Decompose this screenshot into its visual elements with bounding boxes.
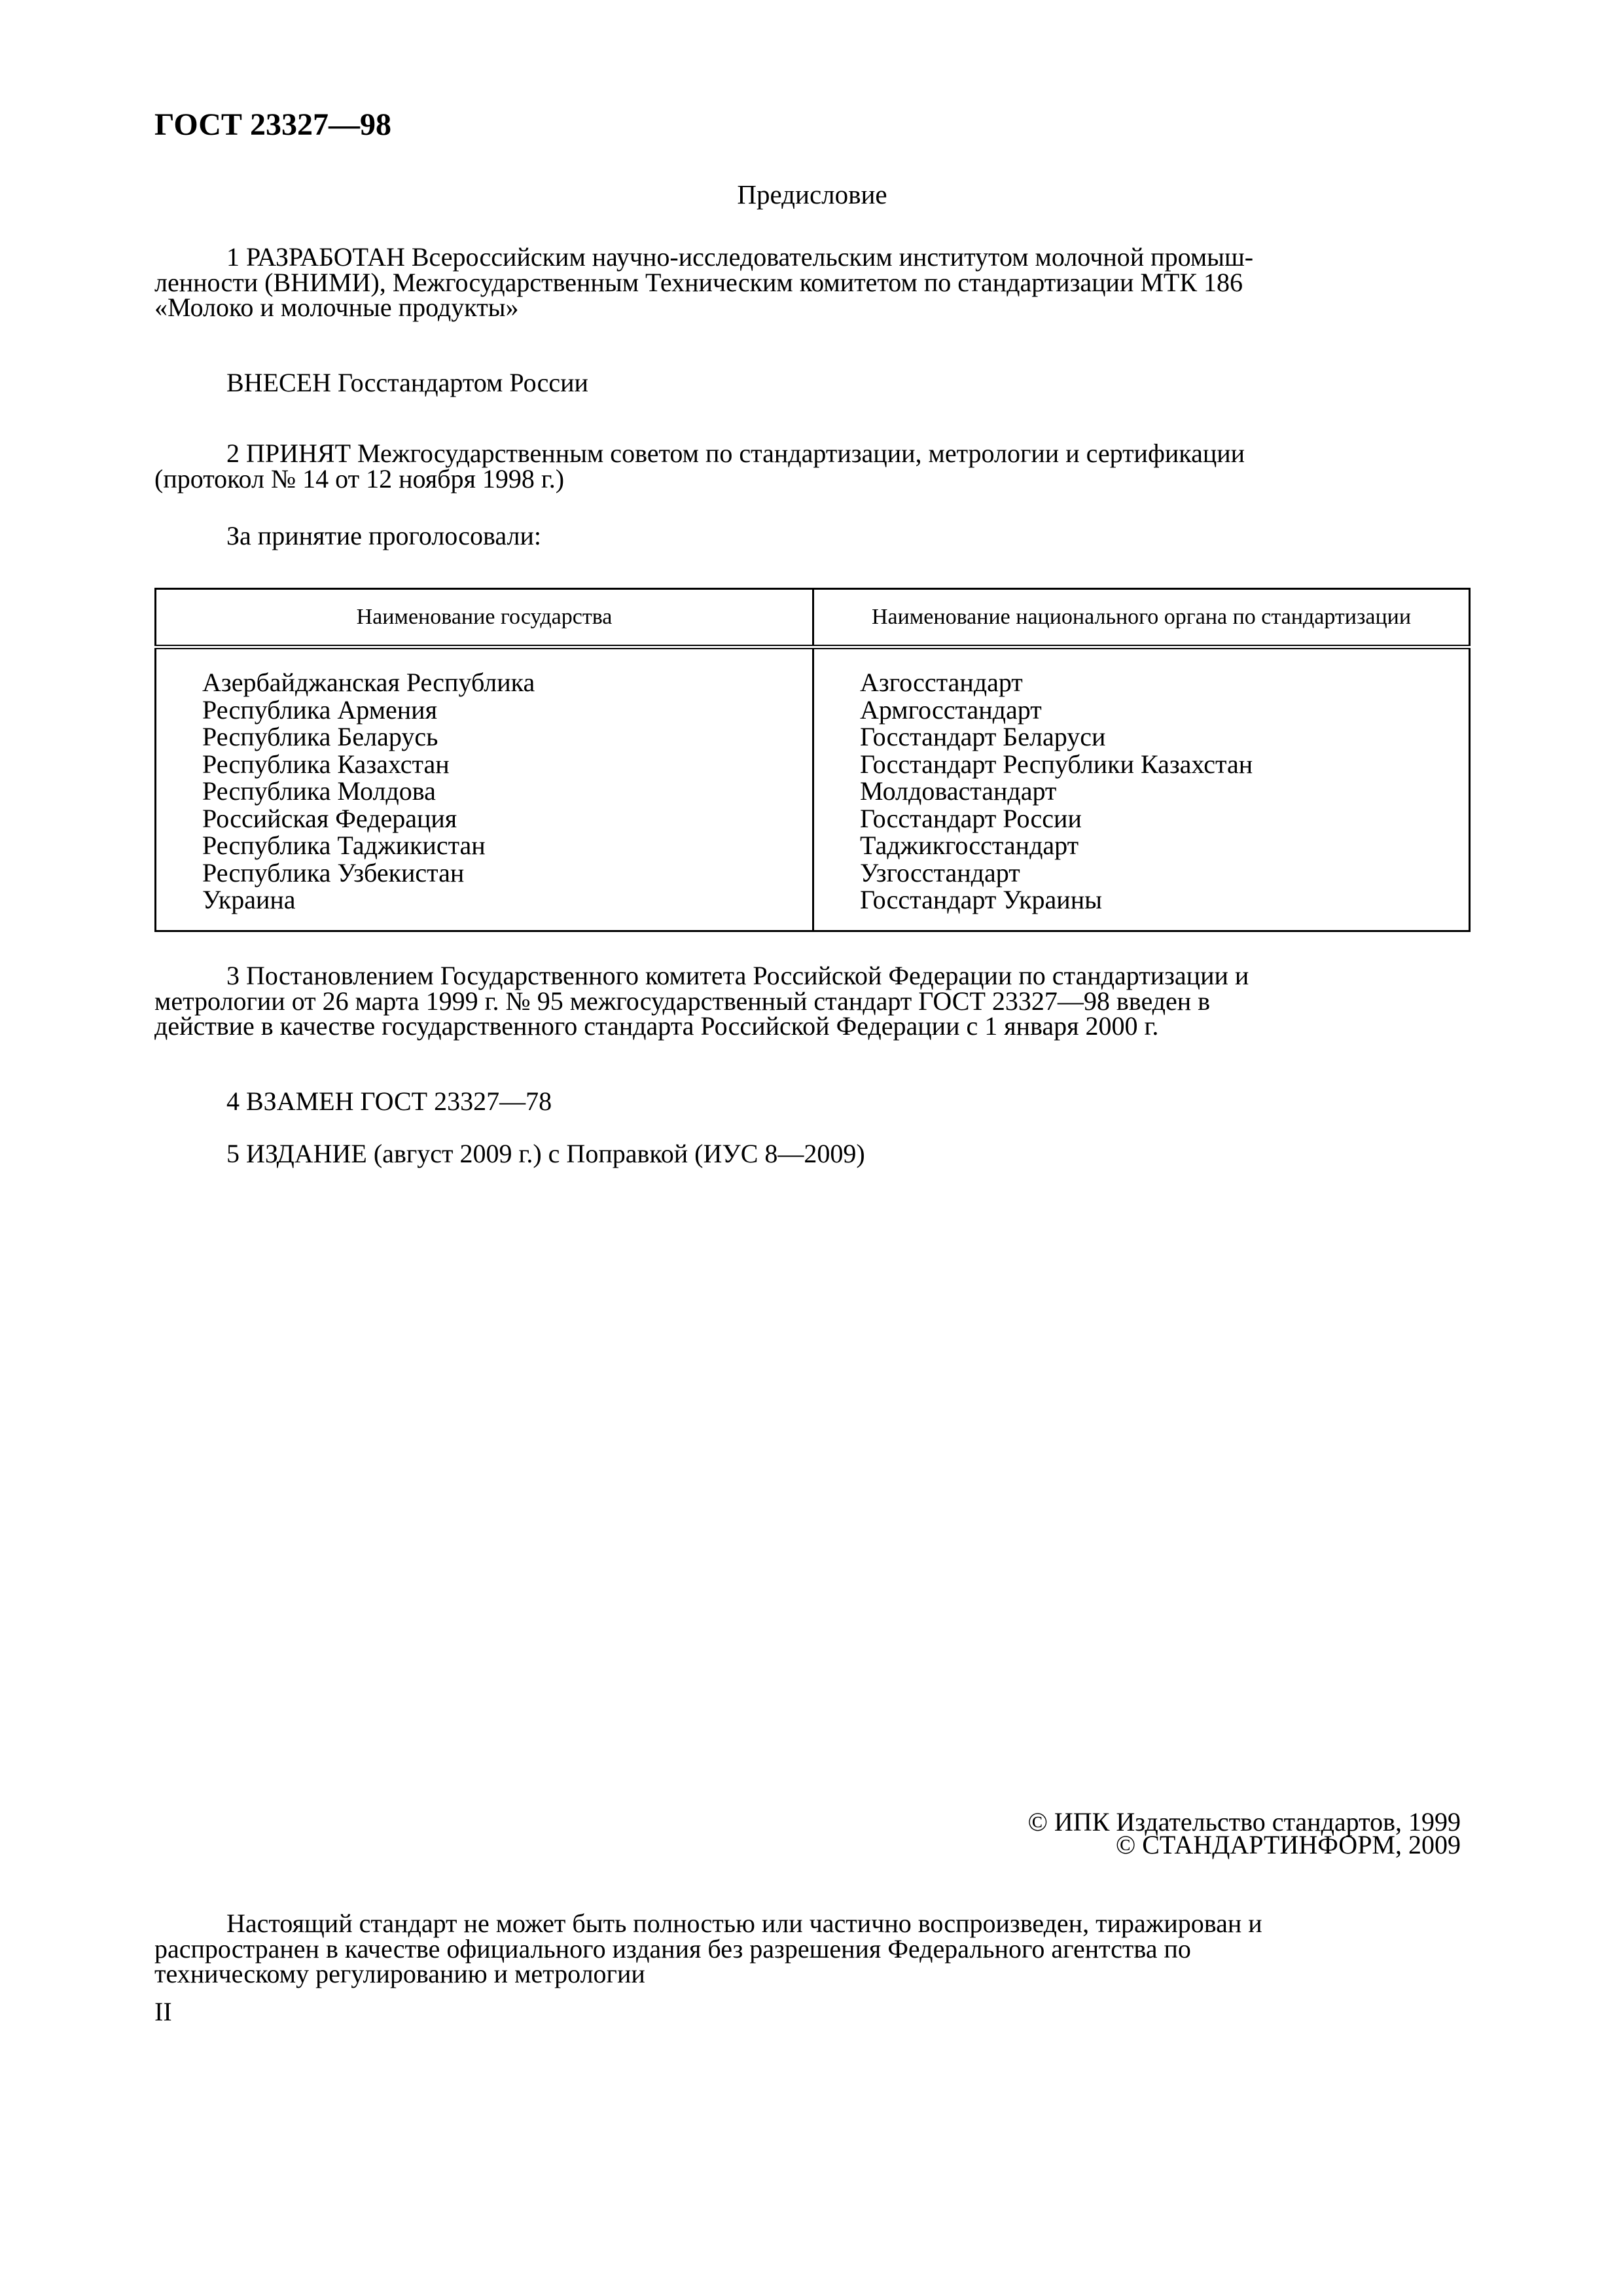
- section-title: Предисловие: [154, 178, 1470, 211]
- paragraph-introduced-by: ВНЕСЕН Госстандартом России: [154, 370, 1470, 396]
- standards-body-name: Азгосстандарт: [860, 669, 1469, 696]
- standards-body-name: Госстандарт России: [860, 805, 1469, 833]
- standards-body-name: Госстандарт Беларуси: [860, 723, 1469, 751]
- reproduction-notice: Настоящий стандарт не может быть полност…: [154, 1911, 1470, 1987]
- paragraph-enacted: 3 Постановлением Государственного комите…: [154, 963, 1470, 1039]
- paragraph-vote-intro: За принятие проголосовали:: [154, 524, 1470, 549]
- column-header-standards-body: Наименование национального органа по ста…: [813, 589, 1470, 647]
- paragraph-developed-by: 1 РАЗРАБОТАН Всероссийским научно-исслед…: [154, 245, 1470, 321]
- state-name: Республика Казахстан: [202, 751, 812, 778]
- column-header-state: Наименование государства: [156, 589, 813, 647]
- state-name: Республика Беларусь: [202, 723, 812, 751]
- paragraph-edition: 5 ИЗДАНИЕ (август 2009 г.) с Поправкой (…: [154, 1141, 1470, 1167]
- paragraph-line: действие в качестве государственного ста…: [154, 1011, 1158, 1041]
- copyright-block: © ИПК Издательство стандартов, 1999 © СТ…: [1028, 1810, 1461, 1856]
- state-name: Российская Федерация: [202, 805, 812, 833]
- state-name: Республика Молдова: [202, 778, 812, 805]
- standards-body-name: Молдовастандарт: [860, 778, 1469, 805]
- standards-body-name: Таджикгосстандарт: [860, 832, 1469, 859]
- standards-body-name: Госстандарт Украины: [860, 886, 1469, 914]
- states-column: Азербайджанская РеспубликаРеспублика Арм…: [156, 647, 813, 931]
- state-name: Азербайджанская Республика: [202, 669, 812, 696]
- document-code: ГОСТ 23327—98: [154, 107, 391, 143]
- paragraph-line: За принятие проголосовали:: [226, 521, 541, 550]
- standards-body-name: Армгосстандарт: [860, 696, 1469, 724]
- paragraph-adopted-by: 2 ПРИНЯТ Межгосударственным советом по с…: [154, 441, 1470, 492]
- paragraph-line: «Молоко и молочные продукты»: [154, 293, 519, 322]
- state-name: Республика Таджикистан: [202, 832, 812, 859]
- paragraph-line: 5 ИЗДАНИЕ (август 2009 г.) с Поправкой (…: [226, 1139, 865, 1168]
- standards-body-name: Госстандарт Республики Казахстан: [860, 751, 1469, 778]
- table-header-row: Наименование государства Наименование на…: [156, 589, 1470, 647]
- page-number: II: [154, 1999, 172, 2025]
- table-body-row: Азербайджанская РеспубликаРеспублика Арм…: [156, 647, 1470, 931]
- paragraph-line: техническому регулированию и метрологии: [154, 1959, 645, 1988]
- voting-states-table: Наименование государства Наименование на…: [154, 588, 1471, 932]
- paragraph-line: 4 ВЗАМЕН ГОСТ 23327—78: [226, 1086, 552, 1116]
- state-name: Украина: [202, 886, 812, 914]
- paragraph-replaces: 4 ВЗАМЕН ГОСТ 23327—78: [154, 1089, 1470, 1115]
- standards-body-name: Узгосстандарт: [860, 859, 1469, 887]
- copyright-line-standartinform: © СТАНДАРТИНФОРМ, 2009: [1028, 1833, 1461, 1856]
- paragraph-line: (протокол № 14 от 12 ноября 1998 г.): [154, 464, 564, 493]
- paragraph-line: ВНЕСЕН Госстандартом России: [226, 368, 588, 397]
- state-name: Республика Армения: [202, 696, 812, 724]
- state-name: Республика Узбекистан: [202, 859, 812, 887]
- standards-bodies-column: АзгосстандартАрмгосстандартГосстандарт Б…: [813, 647, 1470, 931]
